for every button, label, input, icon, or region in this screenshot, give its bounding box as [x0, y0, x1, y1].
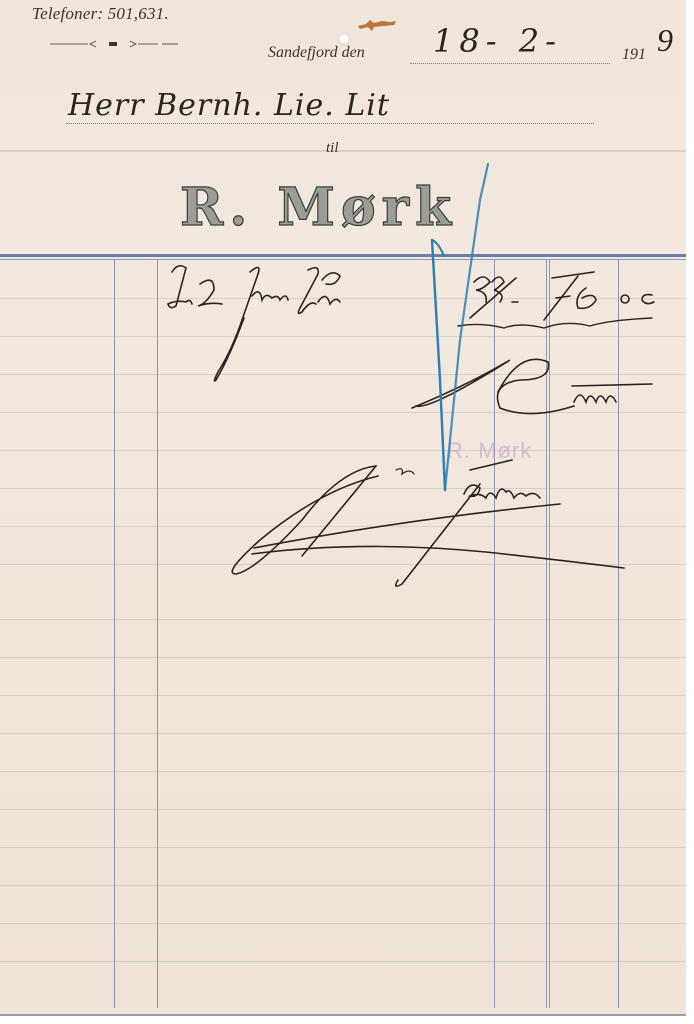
blue-checkmark-icon: [432, 164, 488, 490]
line-item-description-strokes: [168, 266, 340, 381]
handwriting-layer: [0, 0, 686, 1016]
paid-note-strokes: [412, 359, 652, 413]
invoice-paper: Telefoner: 501,631. Sandefjord den 18- 2…: [0, 0, 686, 1016]
signature-strokes: [232, 460, 624, 586]
amount-strokes: [544, 272, 596, 320]
rate-strokes: [470, 277, 518, 318]
